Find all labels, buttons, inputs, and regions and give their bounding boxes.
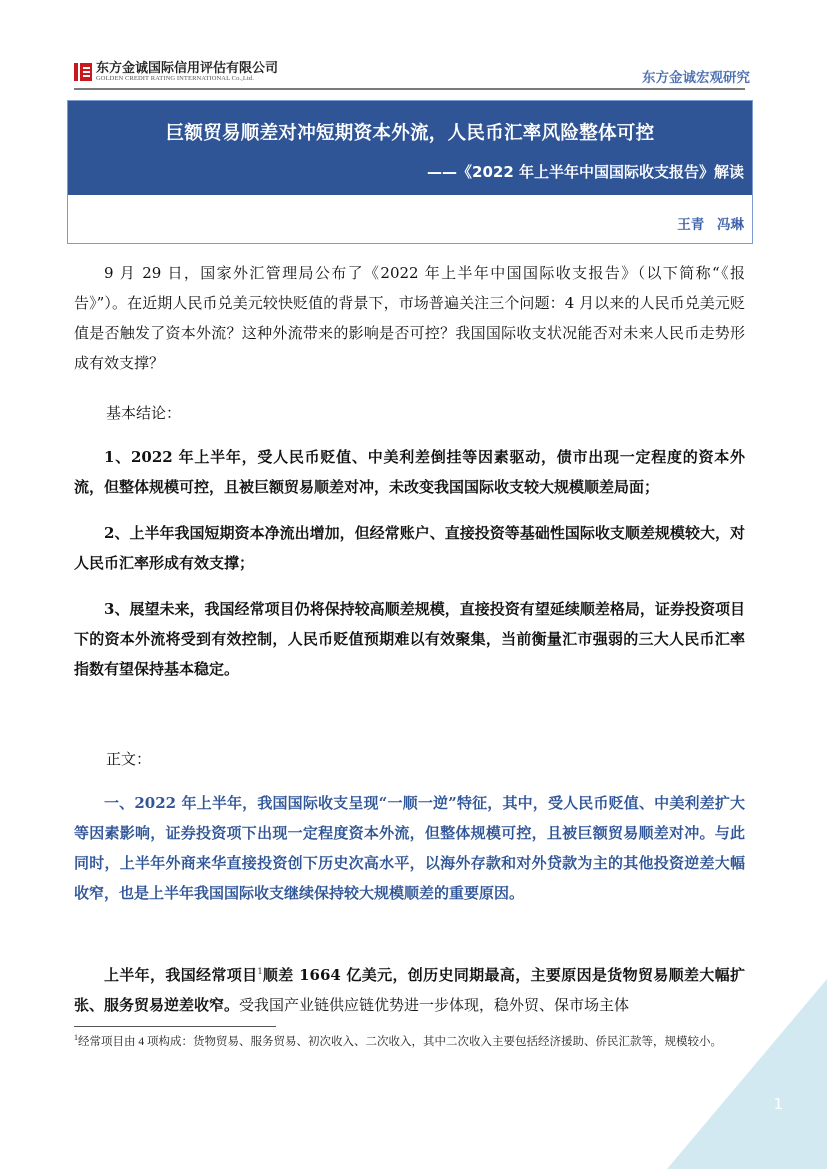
title-band: 巨额贸易顺差对冲短期资本外流，人民币汇率风险整体可控 ——《2022 年上半年中… (68, 101, 752, 195)
company-name-en: GOLDEN CREDIT RATING INTERNATIONAL Co.,L… (96, 76, 278, 83)
section-1-heading: 一、2022 年上半年，我国国际收支呈现“一顺一逆”特征，其中，受人民币贬值、中… (74, 788, 745, 908)
authors: 王青 冯琳 (677, 213, 744, 233)
brand-label: 东方金诚宏观研究 (642, 66, 750, 86)
intro-paragraph: 9 月 29 日，国家外汇管理局公布了《2022 年上半年中国国际收支报告》（以… (74, 258, 745, 378)
conclusion-item-1: 1、2022 年上半年，受人民币贬值、中美利差倒挂等因素驱动，债市出现一定程度的… (74, 442, 745, 502)
report-title: 巨额贸易顺差对冲短期资本外流，人民币汇率风险整体可控 (68, 119, 752, 145)
header-divider (74, 88, 745, 90)
company-logo: 东方金诚国际信用评估有限公司 GOLDEN CREDIT RATING INTE… (74, 60, 278, 84)
para2-bold-a: 上半年，我国经常项目 (104, 966, 257, 984)
report-subtitle: ——《2022 年上半年中国国际收支报告》解读 (427, 161, 744, 182)
page-corner-decoration (667, 979, 827, 1169)
logo-icon (74, 63, 92, 81)
para2-rest: 受我国产业链供应链优势进一步体现，稳外贸、保市场主体 (239, 996, 629, 1014)
footnote-divider (74, 1026, 276, 1027)
conclusion-item-3: 3、展望未来，我国经常项目仍将保持较高顺差规模，直接投资有望延续顺差格局，证券投… (74, 594, 745, 684)
page-number: 1 (773, 1095, 783, 1113)
footnote: 1经常项目由 4 项构成：货物贸易、服务贸易、初次收入、二次收入，其中二次收入主… (74, 1033, 745, 1051)
conclusions-label: 基本结论： (106, 398, 181, 428)
title-box: 巨额贸易顺差对冲短期资本外流，人民币汇率风险整体可控 ——《2022 年上半年中… (67, 100, 753, 244)
conclusion-item-2: 2、上半年我国短期资本净流出增加，但经常账户、直接投资等基础性国际收支顺差规模较… (74, 518, 745, 578)
footnote-text: 经常项目由 4 项构成：货物贸易、服务贸易、初次收入、二次收入，其中二次收入主要… (78, 1036, 722, 1048)
body-paragraph-2: 上半年，我国经常项目1顺差 1664 亿美元，创历史同期最高，主要原因是货物贸易… (74, 960, 745, 1020)
body-label: 正文： (106, 744, 151, 774)
company-name-cn: 东方金诚国际信用评估有限公司 (96, 62, 278, 75)
